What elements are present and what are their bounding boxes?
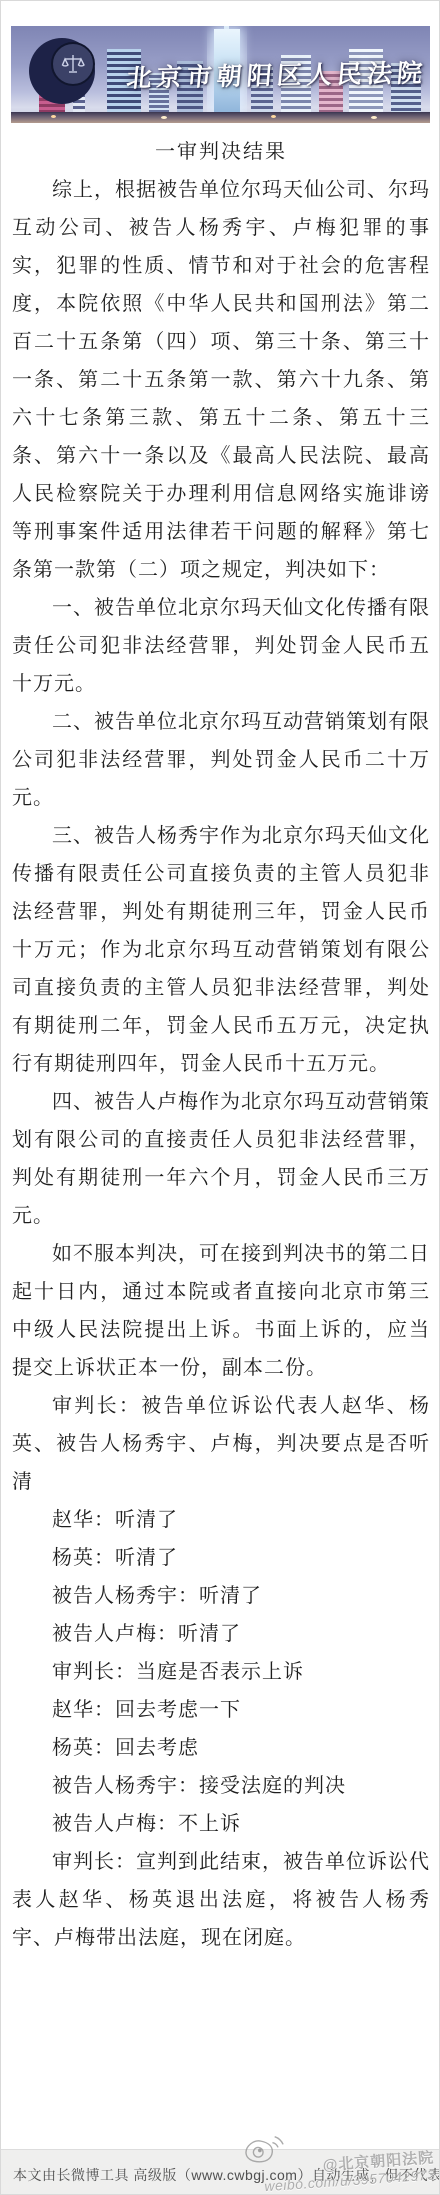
dialogue-judge-closing: 审判长：宣判到此结束，被告单位诉讼代表人赵华、杨英退出法庭，将被告人杨秀宇、卢梅… bbox=[12, 1842, 430, 1956]
scales-of-justice-icon bbox=[60, 51, 86, 77]
generator-note: 本文由长微博工具 高级版（www.cwbgj.com）自动生成，但不代表赞成其观… bbox=[13, 2165, 440, 2185]
dialogue-judge-2: 审判长：当庭是否表示上诉 bbox=[12, 1652, 430, 1690]
paragraph-verdict-2: 二、被告单位北京尔玛互动营销策划有限公司犯非法经营罪，判处罚金人民币二十万元。 bbox=[12, 702, 430, 816]
dialogue-lumei-2: 被告人卢梅：不上诉 bbox=[12, 1804, 430, 1842]
paragraph-verdict-3: 三、被告人杨秀宇作为北京尔玛天仙文化传播有限责任公司直接负责的主管人员犯非法经营… bbox=[12, 816, 430, 1082]
document-title: 一审判决结果 bbox=[12, 132, 430, 170]
dialogue-zhaohua-1: 赵华：听清了 bbox=[12, 1500, 430, 1538]
city-road bbox=[11, 112, 430, 123]
dialogue-yangxiuyu-2: 被告人杨秀宇：接受法庭的判决 bbox=[12, 1766, 430, 1804]
long-weibo-post: 北京市朝阳区人民法院 一审判决结果 综上，根据被告单位尔玛天仙公司、尔玛互动公司… bbox=[0, 0, 440, 2195]
paragraph-summary: 综上，根据被告单位尔玛天仙公司、尔玛互动公司、被告人杨秀宇、卢梅犯罪的事实，犯罪… bbox=[12, 170, 430, 588]
dialogue-yangying-1: 杨英：听清了 bbox=[12, 1538, 430, 1576]
footer-bar: 本文由长微博工具 高级版（www.cwbgj.com）自动生成，但不代表赞成其观… bbox=[1, 2149, 440, 2194]
dialogue-zhaohua-2: 赵华：回去考虑一下 bbox=[12, 1690, 430, 1728]
court-banner-image: 北京市朝阳区人民法院 bbox=[11, 26, 430, 123]
court-name-title: 北京市朝阳区人民法院 bbox=[125, 53, 429, 94]
paragraph-appeal-notice: 如不服本判决，可在接到判决书的第二日起十日内，通过本院或者直接向北京市第三中级人… bbox=[12, 1234, 430, 1386]
court-scales-emblem-icon bbox=[51, 42, 95, 86]
verdict-document: 一审判决结果 综上，根据被告单位尔玛天仙公司、尔玛互动公司、被告人杨秀宇、卢梅犯… bbox=[1, 123, 440, 1956]
dialogue-yangying-2: 杨英：回去考虑 bbox=[12, 1728, 430, 1766]
dialogue-judge-1: 审判长：被告单位诉讼代表人赵华、杨英、被告人杨秀宇、卢梅，判决要点是否听清 bbox=[12, 1386, 430, 1500]
dialogue-yangxiuyu-1: 被告人杨秀宇：听清了 bbox=[12, 1576, 430, 1614]
dialogue-lumei-1: 被告人卢梅：听清了 bbox=[12, 1614, 430, 1652]
paragraph-verdict-1: 一、被告单位北京尔玛天仙文化传播有限责任公司犯非法经营罪，判处罚金人民币五十万元… bbox=[12, 588, 430, 702]
paragraph-verdict-4: 四、被告人卢梅作为北京尔玛互动营销策划有限公司的直接责任人员犯非法经营罪，判处有… bbox=[12, 1082, 430, 1234]
